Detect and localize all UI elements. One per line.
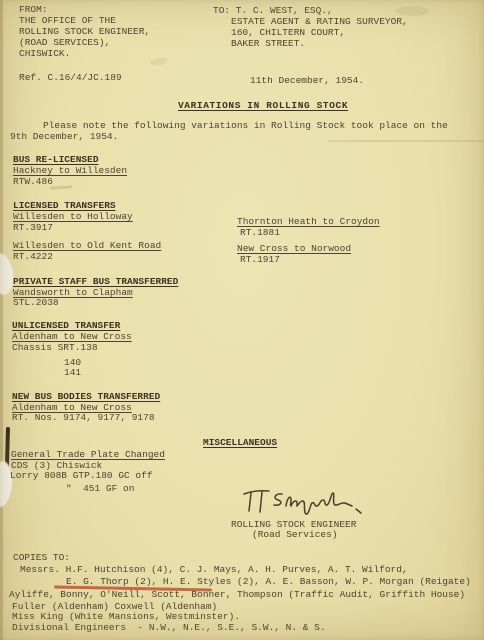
document-title: VARIATIONS IN ROLLING STOCK [178, 101, 348, 111]
section-heading-bus-relicensed: BUS RE-LICENSED [13, 155, 99, 165]
ink-smudge [395, 6, 429, 16]
to-line: 160, CHILTERN COURT, [231, 28, 345, 38]
ink-smudge [150, 56, 169, 66]
copies-line: Divisional Engineers - N.W., N.E., S.E.,… [12, 623, 326, 633]
scan-edge-shadow [0, 0, 3, 640]
copies-line: Messrs. H.F. Hutchison (4), C. J. Mays, … [20, 565, 408, 575]
route: Willesden to Old Kent Road [13, 241, 161, 251]
trade-plate-line: " 451 GF on [66, 484, 134, 494]
pencil-mark [50, 185, 72, 190]
copies-line: Ayliffe, Bonny, O'Neill, Scott, Bonner, … [9, 590, 465, 600]
intro-text: Please note the following variations in … [43, 121, 448, 131]
section-heading-licensed-transfers: LICENSED TRANSFERS [13, 201, 116, 211]
signatory-role: (Road Services) [252, 530, 338, 540]
route: New Cross to Norwood [237, 244, 351, 254]
signature [238, 485, 373, 519]
intro-text: 9th December, 1954. [10, 132, 118, 142]
from-line: THE OFFICE OF THE [19, 16, 116, 26]
copies-line: E. G. Thorp (2), H. E. Styles (2), A. E.… [66, 577, 471, 587]
vehicle-number: RT.4222 [13, 252, 53, 262]
vehicle-number: RT.1917 [240, 255, 280, 265]
route: Aldenham to New Cross [12, 332, 132, 342]
to-line: BAKER STREET. [231, 39, 305, 49]
vehicle-number: STL.2038 [13, 298, 59, 308]
date: 11th December, 1954. [250, 76, 364, 86]
vehicle-number: RT.3917 [13, 223, 53, 233]
chassis-number: Chassis SRT.138 [12, 343, 98, 353]
section-heading-miscellaneous: MISCELLANEOUS [203, 438, 277, 448]
from-line: (ROAD SERVICES), [19, 38, 110, 48]
document-page: FROM: THE OFFICE OF THE ROLLING STOCK EN… [0, 0, 484, 640]
to-line: ESTATE AGENT & RATING SURVEYOR, [231, 17, 408, 27]
ref-number: Ref. C.16/4/JC.189 [19, 73, 122, 83]
to-line: TO: T. C. WEST, ESQ., [213, 6, 333, 16]
from-line: CHISWICK. [19, 49, 70, 59]
trade-plate-line: Lorry 808B GTP.180 GC off [10, 471, 153, 481]
scan-streak [328, 140, 484, 142]
route: Thornton Heath to Croydon [237, 217, 380, 227]
chassis-number: 141 [64, 368, 81, 378]
copies-line: Miss King (White Mansions, Westminster). [12, 612, 240, 622]
section-heading-unlicensed: UNLICENSED TRANSFER [12, 321, 120, 331]
from-line: ROLLING STOCK ENGINEER, [19, 27, 150, 37]
section-heading-private-staff: PRIVATE STAFF BUS TRANSFERRED [13, 277, 178, 287]
from-label: FROM: [19, 5, 48, 15]
vehicle-number: RT. Nos. 9174, 9177, 9178 [12, 413, 155, 423]
route: Hackney to Willesden [13, 166, 127, 176]
copies-label: COPIES TO: [13, 553, 70, 563]
section-heading-new-bodies: NEW BUS BODIES TRANSFERRED [12, 392, 160, 402]
trade-plate-heading: General Trade Plate Changed [11, 450, 165, 460]
vehicle-number: RTW.486 [13, 177, 53, 187]
route: Willesden to Holloway [13, 212, 133, 222]
vehicle-number: RT.1881 [240, 228, 280, 238]
